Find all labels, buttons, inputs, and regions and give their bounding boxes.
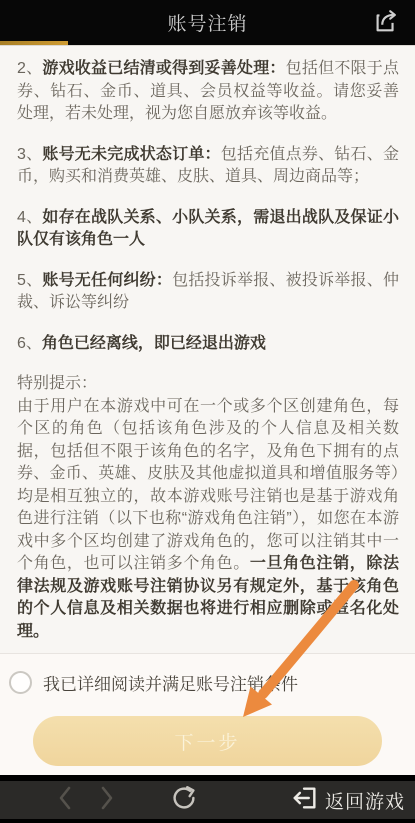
title-bar: 账号注销	[0, 0, 415, 45]
next-step-button[interactable]: 下一步	[33, 716, 382, 766]
chevron-left-icon	[56, 785, 74, 816]
special-notice-title: 特别提示：	[17, 373, 399, 396]
chevron-right-icon	[98, 785, 116, 816]
share-forward-icon	[372, 7, 400, 40]
browser-toolbar: 返回游戏	[0, 781, 415, 819]
refresh-button[interactable]	[165, 783, 203, 817]
consent-row[interactable]: 我已详细阅读并满足账号注销条件	[0, 654, 415, 695]
term-item-3: 3、账号无未完成状态订单：包括充值点券、钻石、金币，购买和消费英雄、皮肤、道具、…	[17, 144, 399, 189]
account-cancellation-screen: 账号注销 2、游戏收益已结清或得到妥善处理：包括但不限于点券、钻石、金币、道具、…	[0, 0, 415, 823]
return-to-game-button[interactable]: 返回游戏	[291, 783, 405, 817]
term-item-2: 2、游戏收益已结清或得到妥善处理：包括但不限于点券、钻石、金币、道具、会员权益等…	[17, 58, 399, 126]
back-button[interactable]	[48, 785, 82, 815]
term-item-4: 4、如存在战队关系、小队关系，需退出战队及保证小队仅有该角色一人	[17, 207, 399, 252]
term-item-5: 5、账号无任何纠纷：包括投诉举报、被投诉举报、仲裁、诉讼等纠纷	[17, 270, 399, 315]
consent-checkbox[interactable]	[9, 671, 32, 694]
forward-button[interactable]	[90, 785, 124, 815]
return-to-game-label: 返回游戏	[325, 787, 405, 814]
page-title: 账号注销	[167, 9, 247, 36]
special-notice-body: 由于用户在本游戏中可在一个或多个区创建角色，每个区的角色（包括该角色涉及的个人信…	[17, 396, 399, 644]
consent-label: 我已详细阅读并满足账号注销条件	[43, 670, 298, 695]
refresh-icon	[169, 783, 199, 818]
consent-panel: 我已详细阅读并满足账号注销条件 下一步	[0, 653, 415, 775]
terms-content[interactable]: 2、游戏收益已结清或得到妥善处理：包括但不限于点券、钻石、金币、道具、会员权益等…	[0, 45, 415, 653]
share-button[interactable]	[371, 8, 401, 38]
exit-icon	[291, 784, 319, 817]
term-item-6: 6、角色已经离线，即已经退出游戏	[17, 333, 399, 356]
browser-toolbar-zone: 返回游戏	[0, 775, 415, 823]
